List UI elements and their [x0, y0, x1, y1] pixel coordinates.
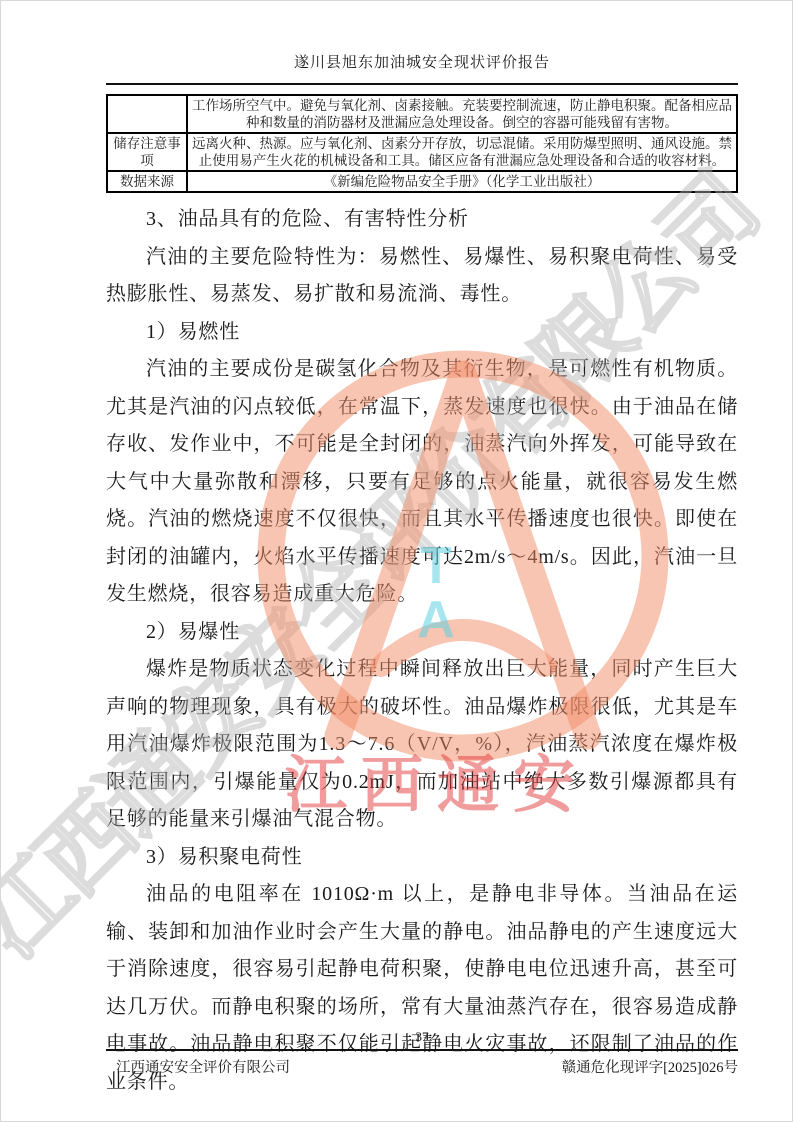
page-footer: 37 江西通安安全评价有限公司 赣通危化现评字[2025]026号: [106, 1029, 738, 1077]
footer-company-name: 江西通安安全评价有限公司: [106, 1056, 290, 1077]
table-row-content: 《新编危险物品安全手册》（化学工业出版社）: [187, 171, 737, 192]
report-header-title: 遂川县旭东加油城安全现状评价报告: [106, 51, 738, 85]
subsection-title-static-charge: 3）易积聚电荷性: [106, 839, 738, 877]
subsection-title-flammability: 1）易燃性: [106, 314, 738, 352]
page-number: 37: [106, 1029, 738, 1049]
table-row: 储存注意事项 远离火种、热源。应与氧化剂、卤素分开存放，切忌混储。采用防爆型照明…: [107, 133, 737, 171]
table-row-label: [107, 95, 187, 133]
intro-paragraph: 汽油的主要危险特性为：易燃性、易爆性、易积聚电荷性、易受热膨胀性、易蒸发、易扩散…: [106, 239, 738, 314]
subsection-title-explosiveness: 2）易爆性: [106, 614, 738, 652]
table-row-content: 远离火种、热源。应与氧化剂、卤素分开存放，切忌混储。采用防爆型照明、通风设施。禁…: [187, 133, 737, 171]
page-content: 遂川县旭东加油城安全现状评价报告 工作场所空气中。避免与氧化剂、卤素接触。充装要…: [106, 51, 738, 1101]
table-row: 工作场所空气中。避免与氧化剂、卤素接触。充装要控制流速，防止静电积聚。配备相应品…: [107, 95, 737, 133]
hazard-info-table: 工作场所空气中。避免与氧化剂、卤素接触。充装要控制流速，防止静电积聚。配备相应品…: [106, 94, 738, 193]
section-heading: 3、油品具有的危险、有害特性分析: [106, 201, 738, 239]
table-row-label: 数据来源: [107, 171, 187, 192]
table-row: 数据来源 《新编危险物品安全手册》（化学工业出版社）: [107, 171, 737, 192]
footer-document-number: 赣通危化现评字[2025]026号: [562, 1056, 738, 1077]
table-row-label: 储存注意事项: [107, 133, 187, 171]
body-text: 3、油品具有的危险、有害特性分析 汽油的主要危险特性为：易燃性、易爆性、易积聚电…: [106, 201, 738, 1101]
footer-row: 江西通安安全评价有限公司 赣通危化现评字[2025]026号: [106, 1051, 738, 1077]
table-row-content: 工作场所空气中。避免与氧化剂、卤素接触。充装要控制流速，防止静电积聚。配备相应品…: [187, 95, 737, 133]
subsection-text-explosiveness: 爆炸是物质状态变化过程中瞬间释放出巨大能量，同时产生巨大声响的物理现象，具有极大…: [106, 651, 738, 839]
document-page: 江西通安安全评价有限公司 TA 江西通安 遂川县旭东加油城安全现状评价报告 工作…: [0, 0, 793, 1122]
subsection-text-flammability: 汽油的主要成份是碳氢化合物及其衍生物，是可燃性有机物质。尤其是汽油的闪点较低，在…: [106, 351, 738, 614]
